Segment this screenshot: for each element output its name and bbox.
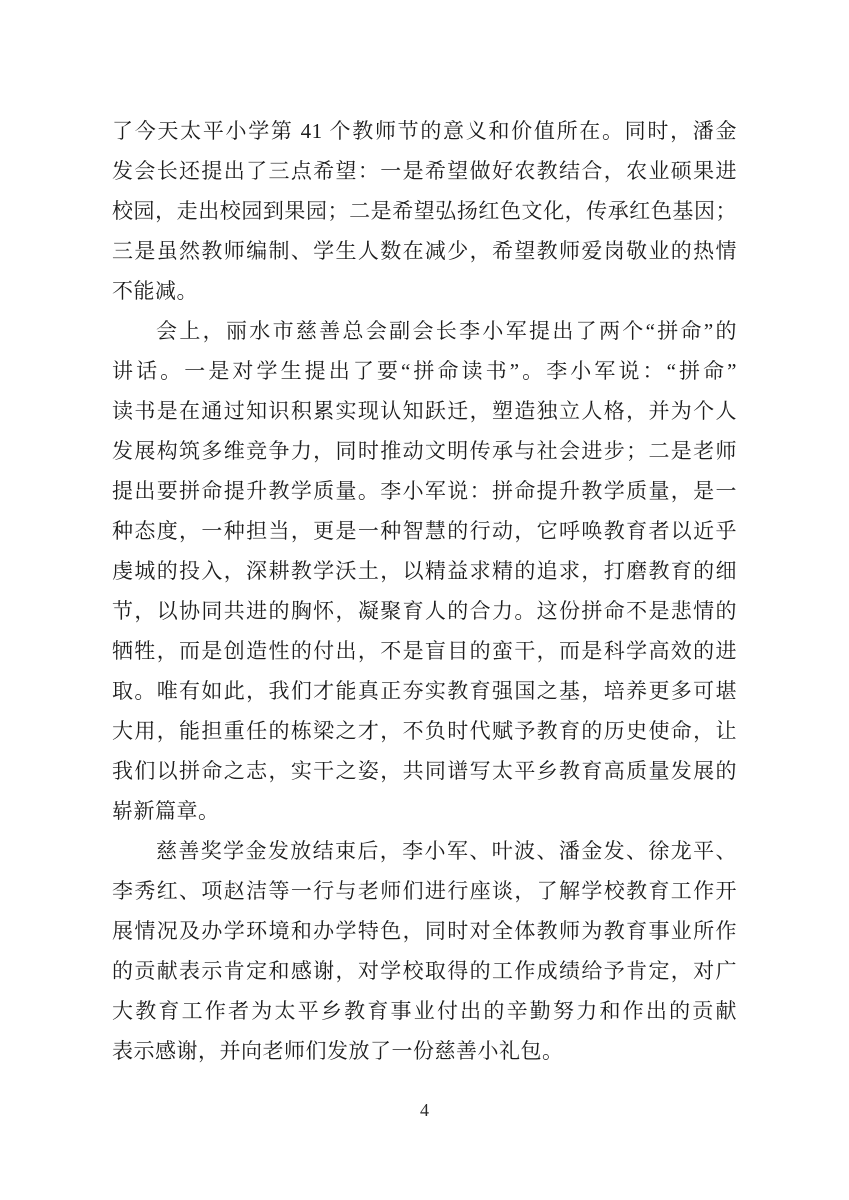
- text-line: 取。唯有如此，我们才能真正夯实教育强国之基，培养更多可堪: [112, 671, 737, 711]
- page-number: 4: [0, 1096, 849, 1124]
- text-line: 提出要拼命提升教学质量。李小军说：拼命提升教学质量，是一: [112, 471, 737, 511]
- text-line: 表示感谢，并向老师们发放了一份慈善小礼包。: [112, 1031, 737, 1071]
- text-line: 慈善奖学金发放结束后，李小军、叶波、潘金发、徐龙平、: [112, 831, 737, 871]
- text-line: 牺牲，而是创造性的付出，不是盲目的蛮干，而是科学高效的进: [112, 631, 737, 671]
- text-line: 的贡献表示肯定和感谢，对学校取得的工作成绩给予肯定，对广: [112, 951, 737, 991]
- text-line: 李秀红、项赵洁等一行与老师们进行座谈，了解学校教育工作开: [112, 871, 737, 911]
- text-line: 大教育工作者为太平乡教育事业付出的辛勤努力和作出的贡献: [112, 991, 737, 1031]
- text-line: 虔城的投入，深耕教学沃土，以精益求精的追求，打磨教育的细: [112, 551, 737, 591]
- paragraph: 了今天太平小学第 41 个教师节的意义和价值所在。同时，潘金 发会长还提出了三点…: [112, 111, 737, 311]
- text-line: 我们以拼命之志，实干之姿，共同谱写太平乡教育高质量发展的: [112, 751, 737, 791]
- text-line: 了今天太平小学第 41 个教师节的意义和价值所在。同时，潘金: [112, 111, 737, 151]
- document-text: 了今天太平小学第 41 个教师节的意义和价值所在。同时，潘金 发会长还提出了三点…: [112, 111, 737, 1071]
- text-line: 展情况及办学环境和办学特色，同时对全体教师为教育事业所作: [112, 911, 737, 951]
- text-line: 不能减。: [112, 271, 737, 311]
- text-line: 会上，丽水市慈善总会副会长李小军提出了两个“拼命”的: [112, 311, 737, 351]
- text-line: 讲话。一是对学生提出了要“拼命读书”。李小军说：“拼命”: [112, 351, 737, 391]
- text-line: 节，以协同共进的胸怀，凝聚育人的合力。这份拼命不是悲情的: [112, 591, 737, 631]
- paragraph: 会上，丽水市慈善总会副会长李小军提出了两个“拼命”的 讲话。一是对学生提出了要“…: [112, 311, 737, 831]
- text-line: 三是虽然教师编制、学生人数在减少，希望教师爱岗敬业的热情: [112, 231, 737, 271]
- text-line: 读书是在通过知识积累实现认知跃迁，塑造独立人格，并为个人: [112, 391, 737, 431]
- text-line: 校园，走出校园到果园；二是希望弘扬红色文化，传承红色基因；: [112, 191, 737, 231]
- text-line: 崭新篇章。: [112, 791, 737, 831]
- paragraph: 慈善奖学金发放结束后，李小军、叶波、潘金发、徐龙平、 李秀红、项赵洁等一行与老师…: [112, 831, 737, 1071]
- text-line: 种态度，一种担当，更是一种智慧的行动，它呼唤教育者以近乎: [112, 511, 737, 551]
- text-line: 发会长还提出了三点希望：一是希望做好农教结合，农业硕果进: [112, 151, 737, 191]
- document-page: 了今天太平小学第 41 个教师节的意义和价值所在。同时，潘金 发会长还提出了三点…: [0, 0, 849, 1200]
- text-line: 大用，能担重任的栋梁之才，不负时代赋予教育的历史使命，让: [112, 711, 737, 751]
- text-line: 发展构筑多维竞争力，同时推动文明传承与社会进步；二是老师: [112, 431, 737, 471]
